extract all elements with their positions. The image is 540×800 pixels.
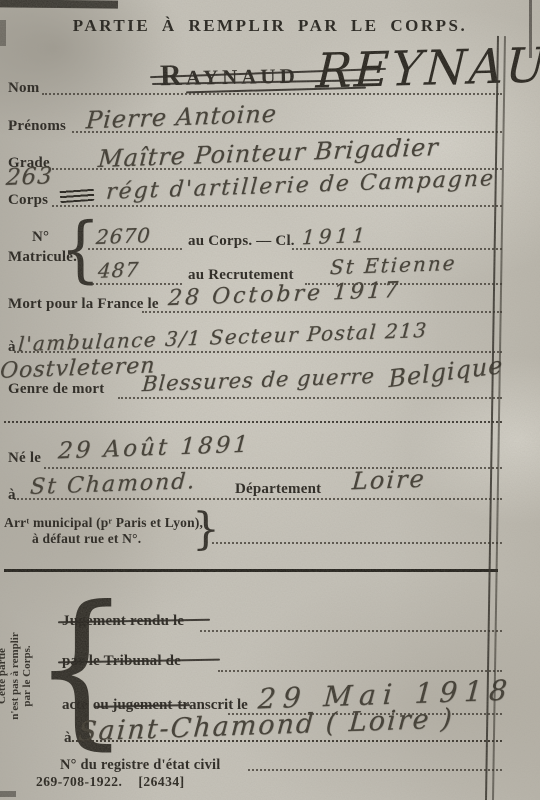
lieu-mort-value2: Oostvleteren: [0, 353, 156, 384]
nom-label: Nom: [8, 80, 39, 97]
dotted-rule-jugement: [200, 630, 502, 632]
ne-le-value: 29 Août 1891: [57, 432, 252, 465]
corps-value: régt d'artillerie de Campagne: [105, 166, 496, 205]
matricule-label-line1: N°: [32, 229, 49, 246]
lieu-mort-label: à: [8, 339, 16, 356]
acte-lieu-label: à: [64, 730, 72, 747]
scan-artifact-top: [0, 0, 118, 9]
record-card: PARTIE À REMPLIR PAR LE CORPS. Nom Rayna…: [0, 0, 540, 800]
grade-value: Maître Pointeur Brigadier: [97, 133, 440, 173]
corps-label: Corps: [8, 192, 48, 209]
ne-le-label: Né le: [8, 450, 41, 467]
footer-code: 269-708-1922.: [36, 774, 122, 789]
nom-value: REYNAUD: [315, 36, 540, 99]
genre-mort-value: Blessures de guerre: [141, 364, 376, 396]
side-note-line2: n'est pas à remplir: [9, 590, 22, 762]
mort-label: Mort pour la France le: [8, 296, 159, 313]
scan-artifact-top-right: [529, 0, 532, 58]
matricule-brace: {: [60, 214, 101, 286]
arr-brace: }: [192, 508, 220, 552]
matricule-classe: 1911: [301, 223, 370, 249]
genre-mort-value2: Belgique: [388, 351, 503, 393]
side-note-line1: Cette partie: [0, 590, 9, 762]
acte-label-part1: acte: [62, 697, 88, 713]
arr-label-line1: Arrᵗ municipal (pʳ Paris et Lyon),: [4, 515, 203, 531]
scan-artifact-left: [0, 20, 6, 46]
departement-label: Département: [235, 481, 321, 498]
matricule-recrut-number: 487: [97, 257, 140, 283]
page-title: PARTIE À REMPLIR PAR LE CORPS.: [60, 16, 480, 36]
dotted-rule-tribunal: [218, 670, 502, 672]
prenoms-label: Prénoms: [8, 118, 66, 135]
dotted-rule-mat3: [88, 283, 182, 285]
dotted-rule-naissance: [14, 498, 502, 500]
matricule-corps-number: 2670: [95, 223, 152, 249]
naissance-label: à: [8, 487, 16, 504]
naissance-value: St Chamond.: [29, 469, 197, 500]
dotted-separator: [4, 421, 502, 423]
struck-out-print-mark: [60, 187, 95, 203]
corps-number: 263: [5, 163, 54, 191]
acte-date: 29 Mai 1918: [257, 673, 515, 715]
dotted-rule-arr: [212, 542, 502, 544]
matricule-corps-text: au Corps. — Cl.: [188, 233, 295, 250]
dotted-rule-corps: [52, 205, 502, 207]
dotted-rule-registre: [248, 769, 502, 771]
departement-value: Loire: [351, 465, 427, 496]
arr-label-line2: à défaut rue et N°.: [32, 531, 141, 547]
dotted-rule-genre: [118, 397, 502, 399]
dotted-rule-mort: [142, 311, 502, 313]
footer-print-code: 269-708-1922.[26434]: [36, 774, 201, 790]
footer-ref: [26434]: [138, 774, 184, 789]
matricule-recrut-lieu: St Etienne: [329, 251, 457, 279]
prenoms-value: Pierre Antoine: [85, 100, 278, 135]
dotted-rule-acte-lieu: [72, 740, 502, 742]
genre-mort-label: Genre de mort: [8, 381, 104, 398]
side-note: Cette partie n'est pas à remplir par le …: [0, 590, 34, 762]
dotted-rule-ne: [44, 467, 502, 469]
scan-artifact-bottom-left: [0, 791, 16, 797]
registre-label: N° du registre d'état civil: [60, 757, 220, 774]
